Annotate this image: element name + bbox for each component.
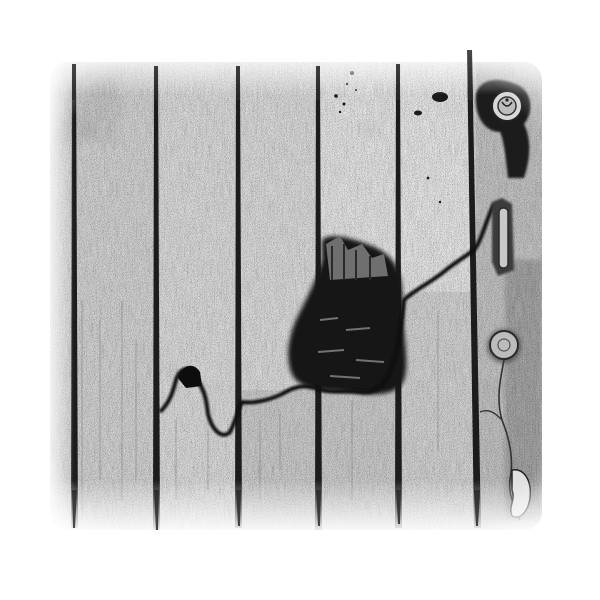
bottom-fade bbox=[40, 480, 560, 535]
top-fade bbox=[40, 50, 560, 95]
left-fade bbox=[44, 60, 74, 530]
wood-boards-photo bbox=[0, 0, 600, 600]
